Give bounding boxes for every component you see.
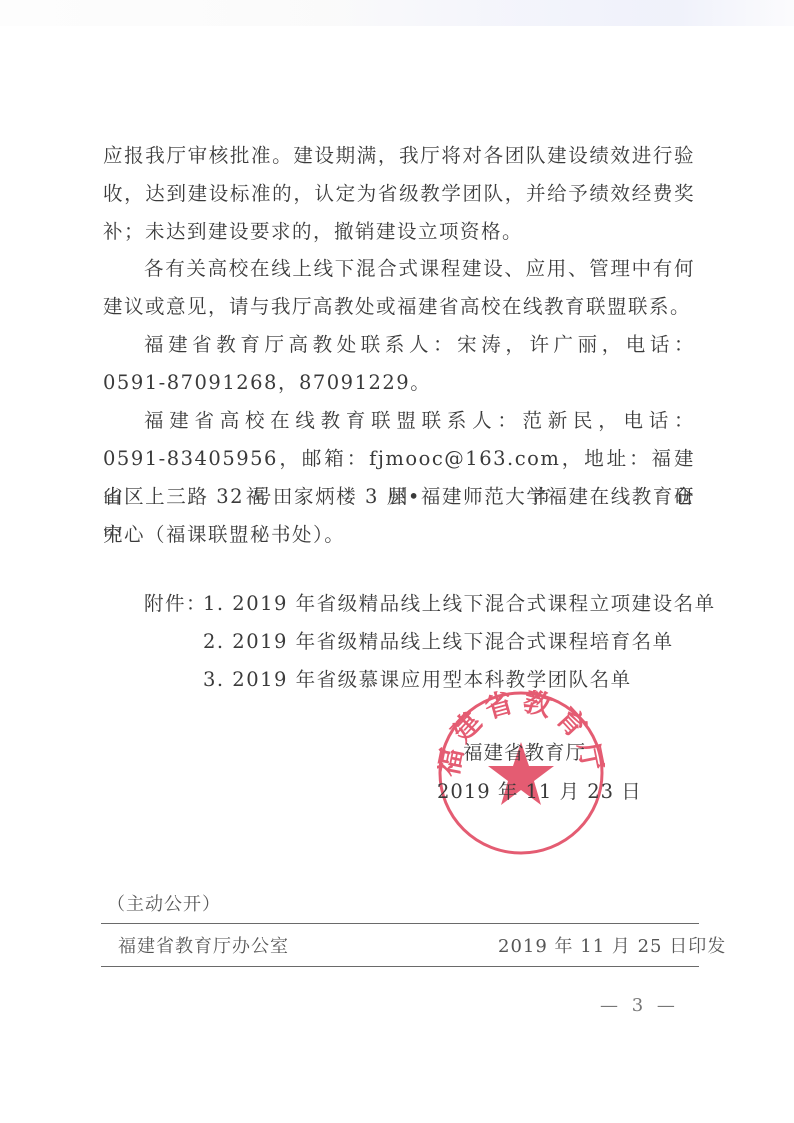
issue-date: 2019 年 11 月 23 日	[437, 776, 642, 804]
text-line: 各有关高校在线上线下混合式课程建设、应用、管理中有何	[103, 250, 695, 288]
scan-artifact-band	[0, 0, 794, 26]
footer-top-rule	[101, 923, 699, 924]
official-seal-stamp: 福建省教育厅	[437, 690, 605, 856]
text-line: 补；未达到建设要求的，撤销建设立项资格。	[103, 213, 695, 251]
text-line: 应报我厅审核批准。建设期满，我厅将对各团队建设绩效进行验	[103, 137, 695, 175]
attachment-item-1: 1. 2019 年省级精品线上线下混合式课程立项建设名单	[203, 585, 716, 623]
text-line: 0591-83405956，邮箱：fjmooc@163.com，地址：福建省福州…	[103, 440, 695, 478]
paragraph-approval: 应报我厅审核批准。建设期满，我厅将对各团队建设绩效进行验 收，达到建设标准的，认…	[103, 137, 695, 251]
paragraph-contact-higher-ed: 福建省教育厅高教处联系人：宋涛，许广丽，电话： 0591-87091268，87…	[103, 326, 695, 402]
text-line: 福建省教育厅高教处联系人：宋涛，许广丽，电话：	[103, 326, 695, 364]
paragraph-suggestions: 各有关高校在线上线下混合式课程建设、应用、管理中有何 建议或意见，请与我厅高教处…	[103, 250, 695, 326]
text-line: 福建省高校在线教育联盟联系人：范新民，电话：	[103, 402, 695, 440]
text-line: 建议或意见，请与我厅高教处或福建省高校在线教育联盟联系。	[103, 288, 695, 326]
disclosure-label: （主动公开）	[107, 890, 221, 916]
attachments-label: 附件：	[144, 585, 207, 623]
attachment-item-2: 2. 2019 年省级精品线上线下混合式课程培育名单	[203, 623, 674, 661]
footer-office: 福建省教育厅办公室	[118, 932, 289, 958]
page-number: — 3 —	[600, 995, 679, 1016]
footer-bottom-rule	[101, 966, 699, 967]
text-line: 0591-87091268，87091229。	[103, 364, 695, 402]
footer-print-date: 2019 年 11 月 25 日印发	[498, 932, 726, 958]
text-line: 中心（福课联盟秘书处）。	[103, 516, 695, 554]
issuer-name: 福建省教育厅	[463, 737, 586, 765]
text-line: 收，达到建设标准的，认定为省级教学团队，并给予绩效经费奖	[103, 175, 695, 213]
text-line: 山区上三路 32 号田家炳楼 3 层•福建师范大学福建在线教育研究	[103, 478, 695, 516]
paragraph-contact-alliance: 福建省高校在线教育联盟联系人：范新民，电话： 0591-83405956，邮箱：…	[103, 402, 695, 554]
